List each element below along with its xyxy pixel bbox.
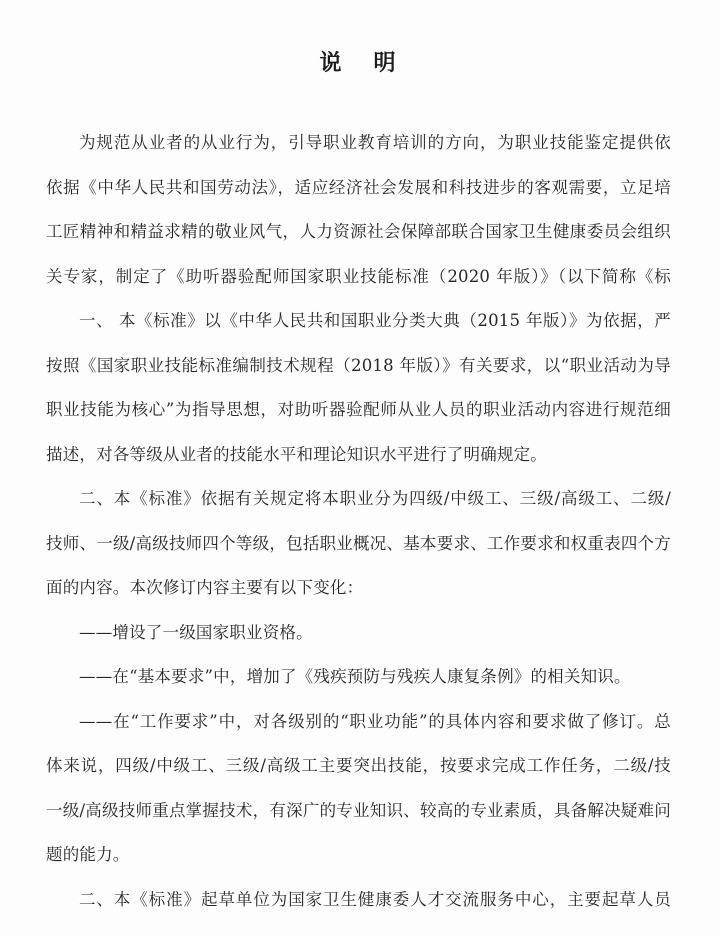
text-line: 关专家，制定了《助听器验配师国家职业技能标准（2020 年版）》（以下简称《标准… [46,255,671,300]
text-line: ——增设了一级国家职业资格。 [46,611,671,656]
text-line: 一、 本《标准》以《中华人民共和国职业分类大典（2015 年版）》为依据，严格 [46,299,671,344]
text-line: 为规范从业者的从业行为，引导职业教育培训的方向，为职业技能鉴定提供依据， [46,121,671,166]
text-line: 按照《国家职业技能标准编制技术规程（2018 年版）》有关要求，以“职业活动为导… [46,344,671,389]
page-title: 说 明 [0,49,720,77]
text-line: 职业技能为核心”为指导思想，对助听器验配师从业人员的职业活动内容进行规范细致 [46,388,671,433]
text-line: 技师、一级/高级技师四个等级，包括职业概况、基本要求、工作要求和权重表四个方 [46,522,671,567]
text-line: 体来说，四级/中级工、三级/高级工主要突出技能，按要求完成工作任务，二级/技师、 [46,744,671,789]
text-line: 依据《中华人民共和国劳动法》，适应经济社会发展和科技进步的客观需要，立足培育 [46,166,671,211]
text-line: 二、本《标准》起草单位为国家卫生健康委人才交流服务中心，主要起草人员有： [46,878,671,923]
text-line: ——在“工作要求”中，对各级别的“职业功能”的具体内容和要求做了修订。总 [46,700,671,745]
text-line: 描述，对各等级从业者的技能水平和理论知识水平进行了明确规定。 [46,433,671,478]
text-line: 面的内容。本次修订内容主要有以下变化： [46,566,671,611]
text-line: 一级/高级技师重点掌握技术，有深广的专业知识、较高的专业素质，具备解决疑难问 [46,789,671,834]
text-line: 二、本《标准》依据有关规定将本职业分为四级/中级工、三级/高级工、二级/ [46,477,671,522]
document-page: 说 明 为规范从业者的从业行为，引导职业教育培训的方向，为职业技能鉴定提供依据，… [0,0,720,936]
text-line: 工匠精神和精益求精的敬业风气，人力资源社会保障部联合国家卫生健康委员会组织有 [46,210,671,255]
text-line: 题的能力。 [46,833,671,878]
document-body: 为规范从业者的从业行为，引导职业教育培训的方向，为职业技能鉴定提供依据，依据《中… [46,121,671,922]
text-line: ——在“基本要求”中，增加了《残疾预防与残疾人康复条例》的相关知识。 [46,655,671,700]
